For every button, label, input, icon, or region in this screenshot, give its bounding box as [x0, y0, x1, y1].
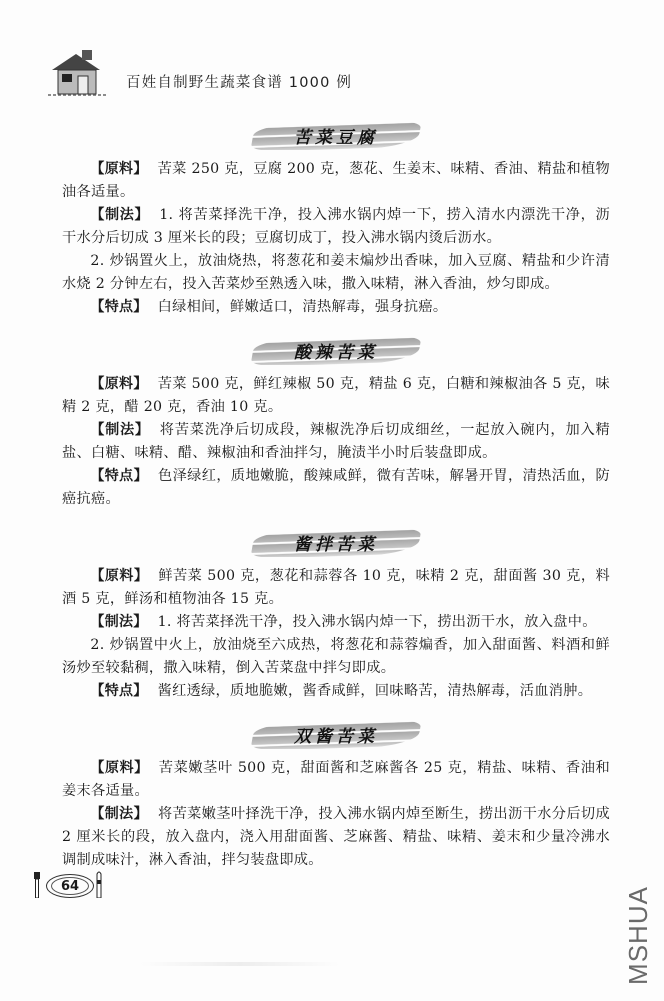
method-step: 2. 炒锅置火上，放油烧热，将葱花和姜末煸炒出香味，加入豆腐、精盐和少许清水烧 … [62, 250, 610, 296]
recipe: 酸辣苦菜 【原料】苦菜 500 克，鲜红辣椒 50 克，精盐 6 克，白糖和辣椒… [62, 333, 610, 511]
method-label: 【制法】 [90, 207, 149, 223]
plate-icon: 64 [46, 874, 94, 898]
method-label: 【制法】 [90, 806, 148, 822]
method-label: 【制法】 [90, 422, 149, 438]
scan-artifact [140, 962, 340, 966]
book-title: 百姓自制野生蔬菜食谱 1000 例 [126, 71, 352, 92]
features-label: 【特点】 [90, 683, 147, 699]
page-content: 苦菜豆腐 【原料】苦菜 250 克，豆腐 200 克，葱花、生姜末、味精、香油、… [62, 118, 610, 886]
ingredients-label: 【原料】 [90, 376, 147, 392]
page-number-badge: 64 [34, 870, 106, 900]
method-step: 【制法】1. 将苦菜择洗干净，投入沸水锅内焯一下，捞入清水内漂洗干净，沥干水分后… [62, 204, 610, 250]
fork-icon [34, 872, 40, 898]
house-icon [48, 46, 106, 98]
method-step: 2. 炒锅置中火上，放油烧至六成热，将葱花和蒜蓉煸香，加入甜面酱、料酒和鲜汤炒至… [62, 634, 610, 680]
ingredients-label: 【原料】 [90, 161, 147, 177]
knife-icon [96, 870, 102, 898]
recipe-title: 酱拌苦菜 [261, 525, 411, 559]
recipe: 苦菜豆腐 【原料】苦菜 250 克，豆腐 200 克，葱花、生姜末、味精、香油、… [62, 118, 610, 319]
features-label: 【特点】 [90, 299, 147, 315]
recipe-title: 双酱苦菜 [261, 717, 411, 751]
method-label: 【制法】 [90, 614, 147, 630]
ingredients-label: 【原料】 [90, 760, 148, 776]
watermark: MSHUA [618, 880, 658, 990]
ingredients: 【原料】苦菜 250 克，豆腐 200 克，葱花、生姜末、味精、香油、精盐和植物… [62, 158, 610, 204]
recipe: 双酱苦菜 【原料】苦菜嫩茎叶 500 克，甜面酱和芝麻酱各 25 克，精盐、味精… [62, 717, 610, 872]
ingredients: 【原料】苦菜 500 克，鲜红辣椒 50 克，精盐 6 克，白糖和辣椒油各 5 … [62, 373, 610, 419]
recipe: 酱拌苦菜 【原料】鲜苦菜 500 克，葱花和蒜蓉各 10 克，味精 2 克，甜面… [62, 525, 610, 703]
method-step: 【制法】将苦菜洗净后切成段，辣椒洗净后切成细丝，一起放入碗内，加入精盐、白糖、味… [62, 419, 610, 465]
method-step: 【制法】1. 将苦菜择洗干净，投入沸水锅内焯一下，捞出沥干水，放入盘中。 [62, 611, 610, 634]
ingredients: 【原料】鲜苦菜 500 克，葱花和蒜蓉各 10 克，味精 2 克，甜面酱 30 … [62, 565, 610, 611]
recipe-title: 酸辣苦菜 [261, 333, 411, 367]
features-label: 【特点】 [90, 468, 148, 484]
method-step: 【制法】将苦菜嫩茎叶择洗干净，投入沸水锅内焯至断生，捞出沥干水分后切成 2 厘米… [62, 803, 610, 872]
features: 【特点】白绿相间，鲜嫩适口，清热解毒，强身抗癌。 [62, 296, 610, 319]
ingredients: 【原料】苦菜嫩茎叶 500 克，甜面酱和芝麻酱各 25 克，精盐、味精、香油和姜… [62, 757, 610, 803]
running-header: 百姓自制野生蔬菜食谱 1000 例 [48, 44, 352, 98]
features: 【特点】色泽绿红，质地嫩脆，酸辣咸鲜，微有苦味，解暑开胃，清热活血，防癌抗癌。 [62, 465, 610, 511]
page-number: 64 [51, 877, 89, 895]
recipe-title: 苦菜豆腐 [261, 118, 411, 152]
features: 【特点】酱红透绿，质地脆嫩，酱香咸鲜，回味略苦，清热解毒，活血消肿。 [62, 680, 610, 703]
ingredients-label: 【原料】 [90, 568, 148, 584]
